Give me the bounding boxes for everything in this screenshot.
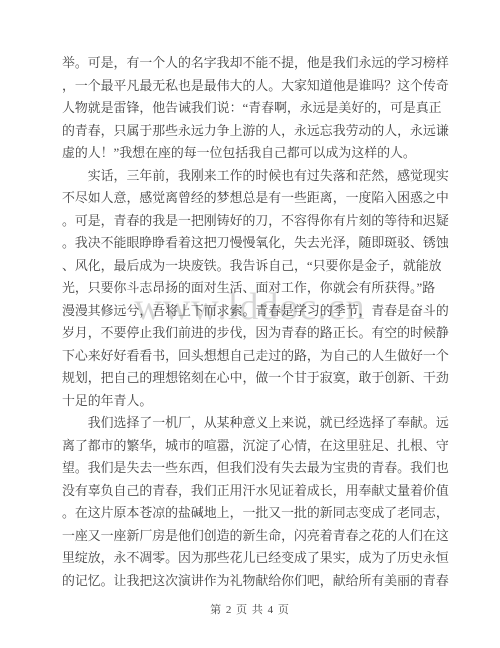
text-line: 。我决不能眼睁睁看着这把刀慢慢氧化，失去光泽，随即斑驳、锈蚀 — [62, 232, 452, 255]
text-line: 一座又一座新厂房是他们创造的新生命，闪亮着青春之花的人们在这 — [62, 525, 452, 548]
text-line: 。在这片原本苍凉的盐碱地上，一批又一批的新同志变成了老同志， — [62, 502, 452, 525]
document-page: www.lddoc.cn 举。可是，有一个人的名字我却不能不提，他是我们永远的学… — [0, 0, 500, 648]
text-line: 岁月，不要停止我们前进的步伐，因为青春的路正长。有空的时候静 — [62, 322, 452, 345]
text-line: 举。可是，有一个人的名字我却不能不提，他是我们永远的学习榜样 — [62, 52, 452, 75]
document-text: 举。可是，有一个人的名字我却不能不提，他是我们永远的学习榜样，一个最平凡最无私也… — [62, 52, 452, 592]
text-line: 望。我们是失去一些东西，但我们没有失去最为宝贵的青春。我们也 — [62, 457, 452, 480]
text-line: 我们选择了一机厂，从某种意义上来说，就已经选择了奉献。远 — [62, 412, 452, 435]
text-line: 下心来好好看看书，回头想想自己走过的路，为自己的人生做好一个 — [62, 345, 452, 368]
text-line: 不尽如人意，感觉离曾经的梦想总是有一些距离，一度陷入困惑之中 — [62, 187, 452, 210]
text-line: 里绽放，永不凋零。因为那些花儿已经变成了果实，成为了历史永恒 — [62, 547, 452, 570]
text-line: 漫漫其修远兮，吾将上下而求索。青春是学习的季节，青春是奋斗的 — [62, 300, 452, 323]
text-line: 离了都市的繁华，城市的喧嚣，沉淀了心情，在这里驻足、扎根、守 — [62, 435, 452, 458]
text-line: ，一个最平凡最无私也是最伟大的人。大家知道他是谁吗？这个传奇 — [62, 75, 452, 98]
text-line: 、风化，最后成为一块废铁。我告诉自己，“只要你是金子，就能放 — [62, 255, 452, 278]
text-line: 的青春，只属于那些永远力争上游的人，永远忘我劳动的人，永远谦 — [62, 120, 452, 143]
text-line: 虚的人！”我想在座的每一位包括我自己都可以成为这样的人。 — [62, 142, 452, 165]
text-line: 人物就是雷锋，他告诫我们说：“青春啊，永远是美好的，可是真正 — [62, 97, 452, 120]
text-line: 十足的年青人。 — [62, 390, 452, 413]
text-line: 实话，三年前，我刚来工作的时候也有过失落和茫然，感觉现实 — [62, 165, 452, 188]
text-line: 规划，把自己的理想铭刻在心中，做一个甘于寂寞，敢于创新、干劲 — [62, 367, 452, 390]
text-line: 。可是，青春的我是一把刚铸好的刀，不容得你有片刻的等待和迟疑 — [62, 210, 452, 233]
page-number: 第 2 页 共 4 页 — [0, 602, 500, 618]
text-line: 光，只要你斗志昂扬的面对生活、面对工作，你就会有所获得。”路 — [62, 277, 452, 300]
text-line: 没有辜负自己的青春，我们正用汗水见证着成长，用奉献丈量着价值 — [62, 480, 452, 503]
text-line: 的记忆。让我把这次演讲作为礼物献给你们吧，献给所有美丽的青春 — [62, 570, 452, 593]
